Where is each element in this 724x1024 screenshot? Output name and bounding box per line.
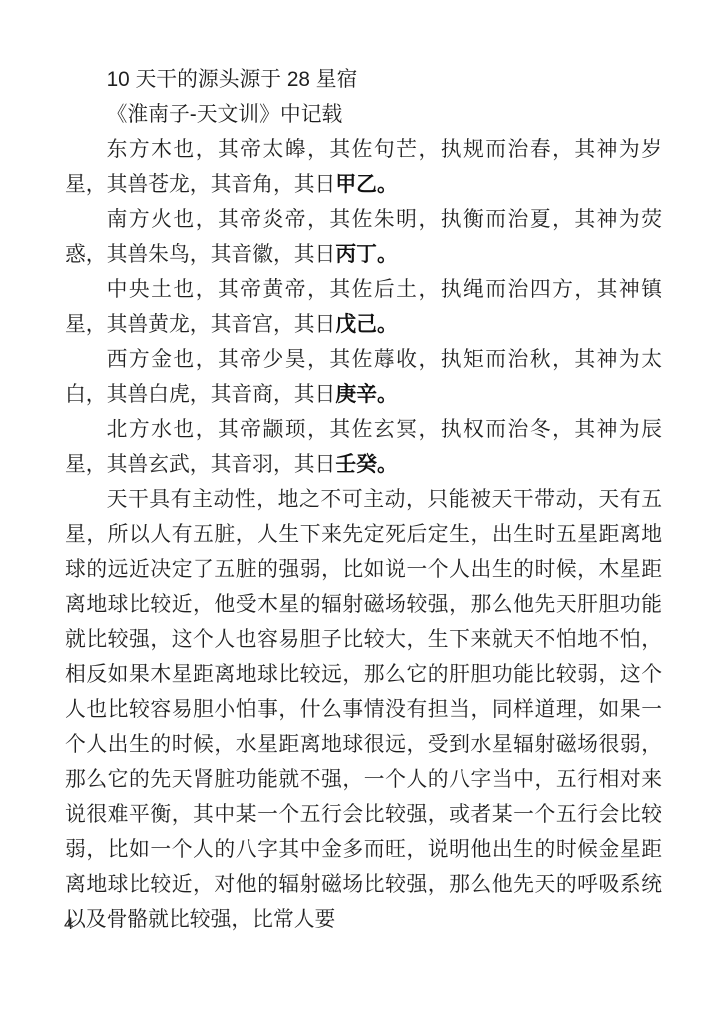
paragraph-west: 西方金也，其帝少昊，其佐蓐收，执矩而治秋，其神为太白，其兽白虎，其音商，其日庚辛… <box>65 342 662 412</box>
heading-line-2: 《淮南子-天文训》中记载 <box>65 97 662 132</box>
paragraph-east: 东方木也，其帝太皞，其佐句芒，执规而治春，其神为岁星，其兽苍龙，其音角，其日甲乙… <box>65 132 662 202</box>
page-number: 4 <box>64 912 73 936</box>
paragraph-south-stems: 丙丁。 <box>335 243 397 266</box>
paragraph-body: 天干具有主动性，地之不可主动，只能被天干带动，天有五星，所以人有五脏，人生下来先… <box>65 482 662 937</box>
document-content: 10 天干的源头源于 28 星宿 《淮南子-天文训》中记载 东方木也，其帝太皞，… <box>65 62 662 937</box>
document-page: 10 天干的源头源于 28 星宿 《淮南子-天文训》中记载 东方木也，其帝太皞，… <box>0 0 724 1024</box>
heading-line-1: 10 天干的源头源于 28 星宿 <box>65 62 662 97</box>
paragraph-west-stems: 庚辛。 <box>335 383 397 406</box>
paragraph-center: 中央土也，其帝黄帝，其佐后土，执绳而治四方，其神镇星，其兽黄龙，其音宫，其日戊己… <box>65 272 662 342</box>
paragraph-south: 南方火也，其帝炎帝，其佐朱明，执衡而治夏，其神为荧惑，其兽朱鸟，其音徽，其日丙丁… <box>65 202 662 272</box>
paragraph-east-stems: 甲乙。 <box>335 173 397 196</box>
paragraph-north-stems: 壬癸。 <box>335 453 397 476</box>
paragraph-north: 北方水也，其帝颛顼，其佐玄冥，执权而治冬，其神为辰星，其兽玄武，其音羽，其日壬癸… <box>65 412 662 482</box>
paragraph-center-stems: 戊己。 <box>335 313 397 336</box>
